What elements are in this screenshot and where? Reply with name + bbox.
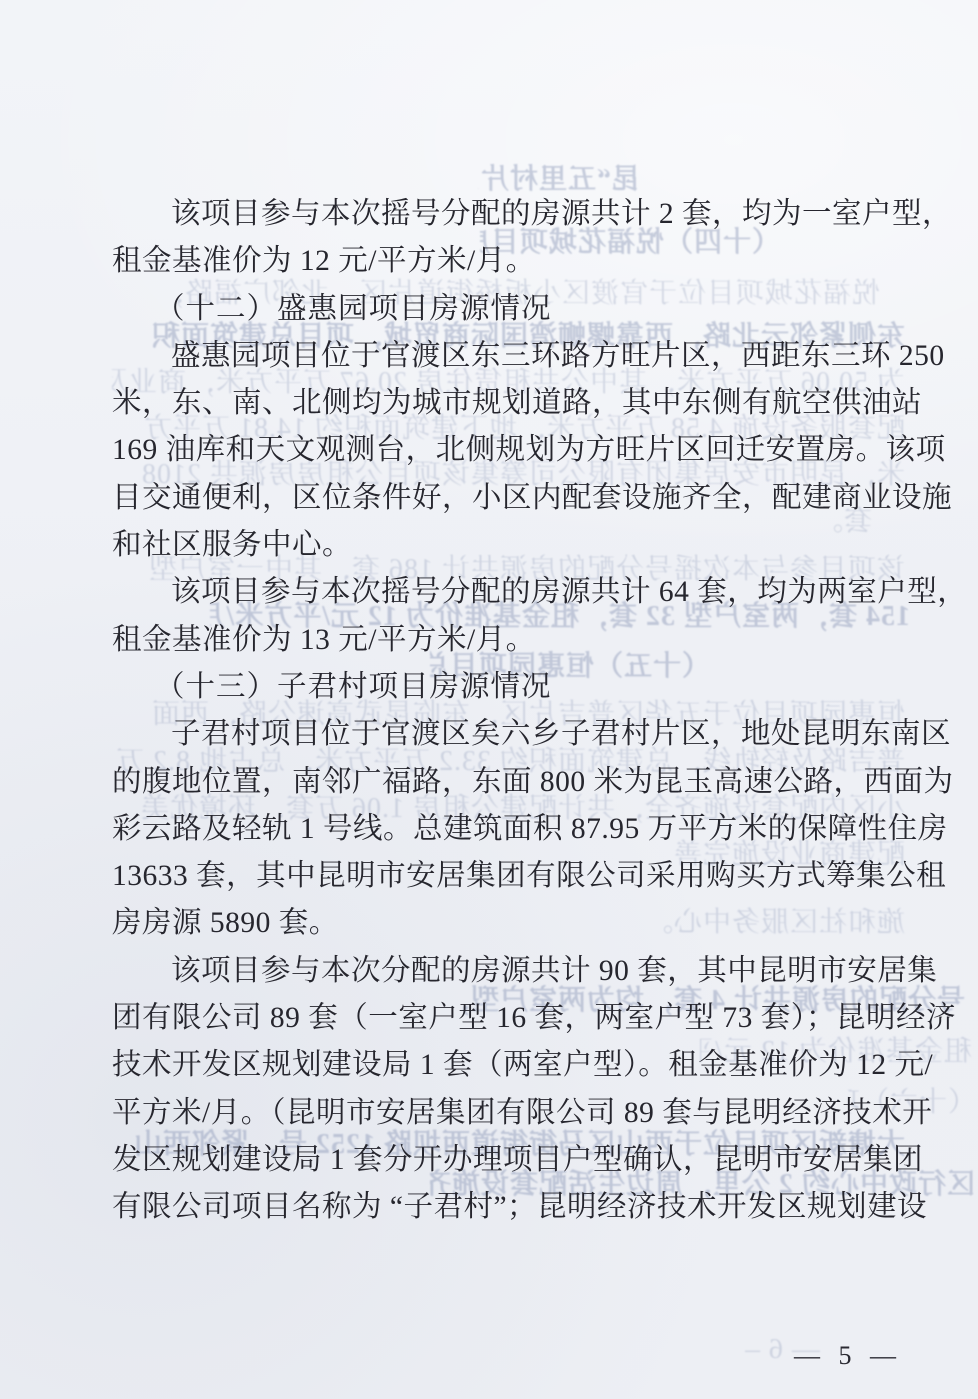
text-line: 子君村项目位于官渡区矣六乡子君村片区，地处昆明东南区	[112, 711, 912, 758]
text-line: 米，东、南、北侧均为城市规划道路，其中东侧有航空供油站	[112, 380, 912, 427]
text-line: 该项目参与本次摇号分配的房源共计 64 套，均为两室户型，	[112, 569, 912, 616]
text-line: 技术开发区规划建设局 1 套（两室户型）。租金基准价为 12 元/	[112, 1042, 912, 1089]
text-line: 的腹地位置，南邻广福路，东面 800 米为昆玉高速公路，西面为	[112, 759, 912, 806]
text-line: 平方米/月。（昆明市安居集团有限公司 89 套与昆明经济技术开	[112, 1090, 912, 1137]
section-heading: （十三）子君村项目房源情况	[112, 664, 912, 711]
text-line: 和社区服务中心。	[112, 522, 912, 569]
document-page: 昆“五里村片区”）（十四）悦福花城项目房源情况悦福花城项目位于官渡区小板桥街道片…	[0, 0, 978, 1399]
text-line: 团有限公司 89 套（一室户型 16 套，两室户型 73 套）；昆明经济	[112, 995, 912, 1042]
text-line: 该项目参与本次分配的房源共计 90 套，其中昆明市安居集	[112, 948, 912, 995]
text-line: 该项目参与本次摇号分配的房源共计 2 套，均为一室户型，	[112, 191, 912, 238]
text-line: 盛惠园项目位于官渡区东三环路方旺片区，西距东三环 250	[112, 333, 912, 380]
text-line: 169 油库和天文观测台，北侧规划为方旺片区回迁安置房。该项	[112, 427, 912, 474]
text-line: 13633 套，其中昆明市安居集团有限公司采用购买方式筹集公租	[112, 853, 912, 900]
text-line: 发区规划建设局 1 套分开办理项目户型确认，昆明市安居集团	[112, 1137, 912, 1184]
document-body-text: 该项目参与本次摇号分配的房源共计 2 套，均为一室户型，租金基准价为 12 元/…	[112, 191, 912, 1232]
page-number: — 5 —	[794, 1341, 902, 1371]
text-line: 有限公司项目名称为 “子君村”；昆明经济技术开发区规划建设	[112, 1184, 912, 1231]
text-line: 目交通便利，区位条件好，小区内配套设施齐全，配建商业设施	[112, 475, 912, 522]
text-line: 租金基准价为 13 元/平方米/月。	[112, 617, 912, 664]
text-line: 彩云路及轻轨 1 号线。总建筑面积 87.95 万平方米的保障性住房	[112, 806, 912, 853]
section-heading: （十二）盛惠园项目房源情况	[112, 286, 912, 333]
text-line: 租金基准价为 12 元/平方米/月。	[112, 238, 912, 285]
text-line: 房房源 5890 套。	[112, 900, 912, 947]
